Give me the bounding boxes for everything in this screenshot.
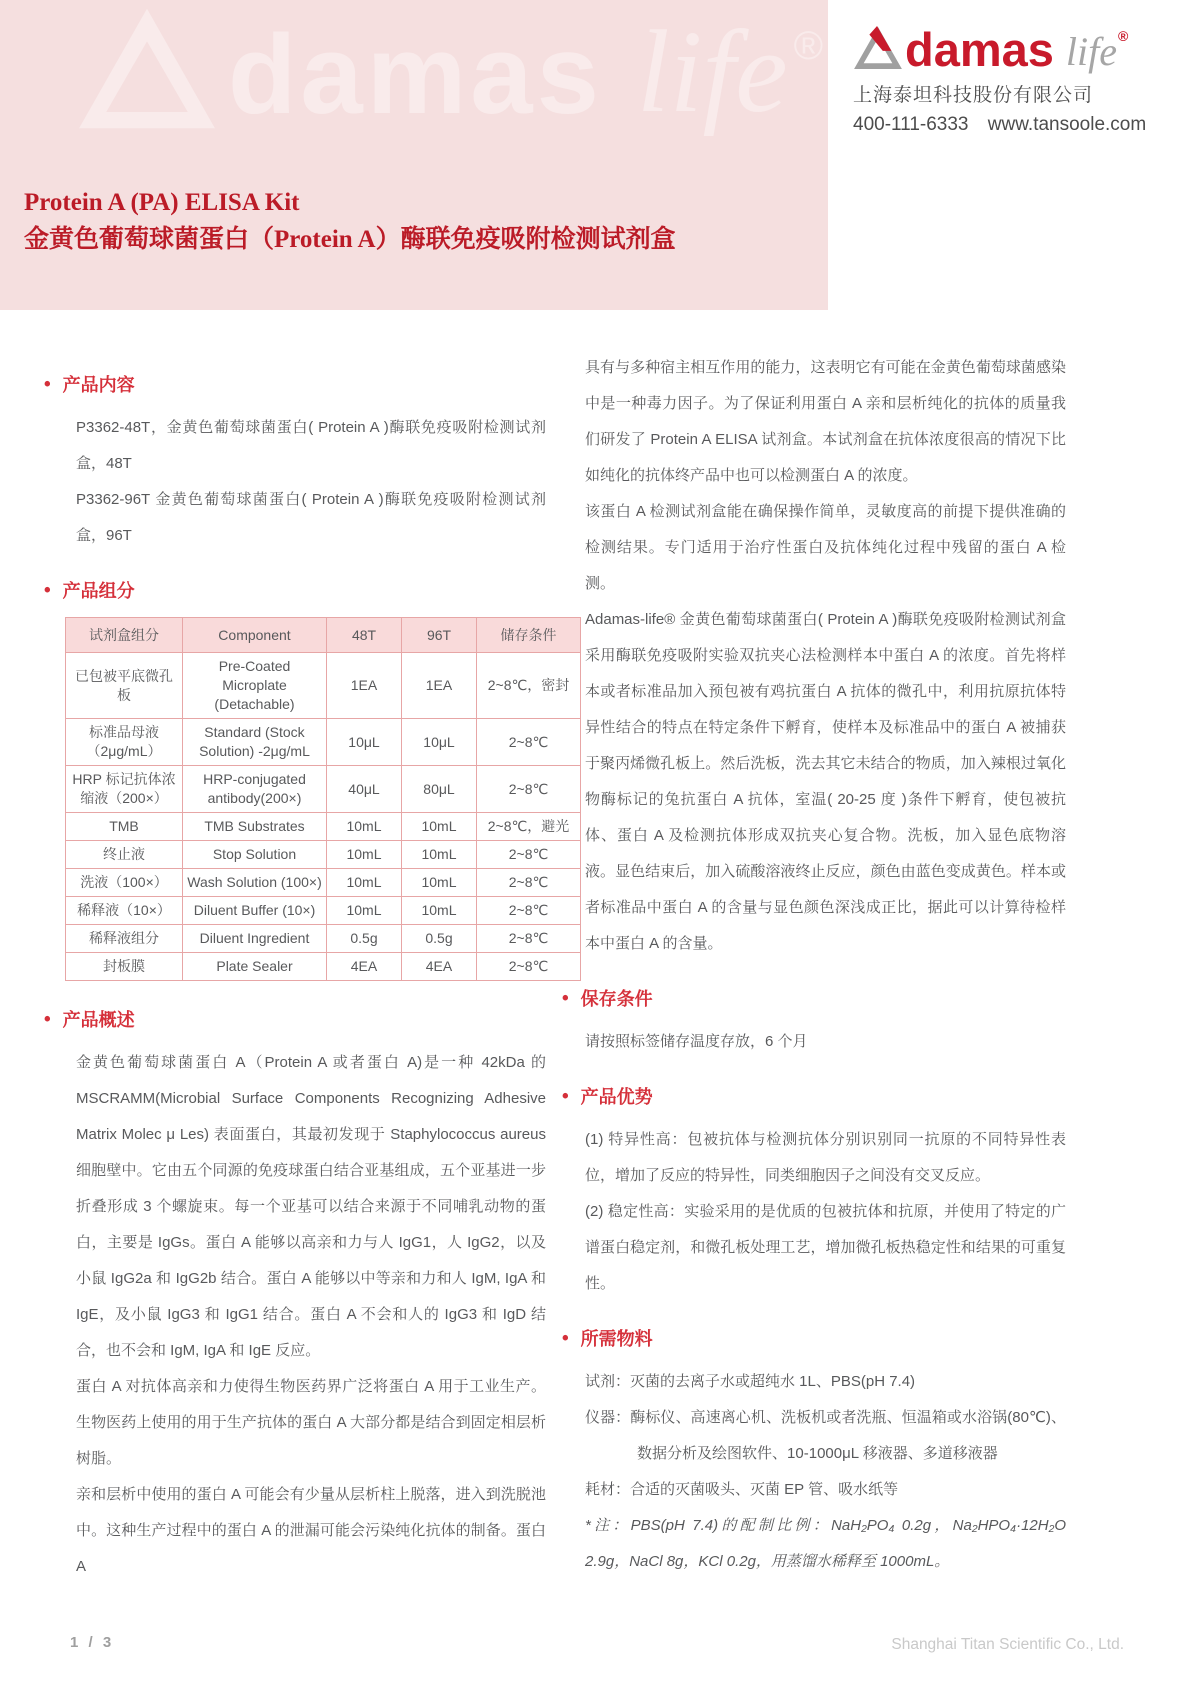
section-heading-advantages: • 产品优势 [558, 1084, 1066, 1110]
table-cell: Plate Sealer [183, 953, 327, 981]
company-logo: damas life ® 上海泰坦科技股份有限公司 400-111-6333 w… [853, 26, 1146, 136]
table-cell: 1EA [327, 653, 402, 719]
adamas-triangle-watermark-icon [52, 6, 242, 131]
paragraph: 该蛋白 A 检测试剂盒能在确保操作简单，灵敏度高的前提下提供准确的检测结果。专门… [585, 494, 1066, 602]
table-cell: Diluent Ingredient [183, 925, 327, 953]
table-header-cell: 试剂盒组分 [66, 618, 183, 653]
table-cell: Standard (Stock Solution) -2μg/mL [183, 719, 327, 766]
materials-block: 试剂：灭菌的去离子水或超纯水 1L、PBS(pH 7.4) 仪器：酶标仪、高速离… [558, 1364, 1066, 1580]
section-heading-product-components: • 产品组分 [40, 578, 546, 604]
company-name: 上海泰坦科技股份有限公司 [853, 80, 1146, 107]
footer-company-name: Shanghai Titan Scientific Co., Ltd. [891, 1636, 1124, 1654]
logo-life-text: life [1066, 34, 1117, 70]
paragraph: P3362-96T 金黄色葡萄球菌蛋白( Protein A )酶联免疫吸附检测… [76, 482, 546, 554]
table-cell: 稀释液（10×） [66, 897, 183, 925]
table-cell: 洗液（100×） [66, 869, 183, 897]
paragraph: 亲和层析中使用的蛋白 A 可能会有少量从层析柱上脱落，进入到洗脱池中。这种生产过… [76, 1477, 546, 1585]
right-column: 具有与多种宿主相互作用的能力，这表明它有可能在金黄色葡萄球菌感染中是一种毒力因子… [558, 350, 1066, 1580]
section-heading-storage: • 保存条件 [558, 986, 1066, 1012]
product-content-paragraphs: P3362-48T，金黄色葡萄球菌蛋白( Protein A )酶联免疫吸附检测… [40, 410, 546, 554]
table-cell: TMB Substrates [183, 813, 327, 841]
watermark-logo: damas life ® [52, 6, 823, 131]
table-cell: 10mL [402, 897, 477, 925]
product-title-cn: 金黄色葡萄球菌蛋白（Protein A）酶联免疫吸附检测试剂盒 [24, 221, 676, 258]
table-cell: 10mL [402, 869, 477, 897]
table-cell: 80μL [402, 766, 477, 813]
table-header-row: 试剂盒组分Component48T96T储存条件 [66, 618, 581, 653]
materials-instruments: 仪器：酶标仪、高速离心机、洗板机或者洗瓶、恒温箱或水浴锅(80℃)、数据分析及绘… [585, 1400, 1066, 1472]
section-heading-label: 所需物料 [581, 1326, 653, 1352]
table-row: 已包被平底微孔板Pre-Coated Microplate (Detachabl… [66, 653, 581, 719]
logo-row: damas life ® [853, 26, 1146, 70]
table-row: 稀释液组分Diluent Ingredient0.5g0.5g2~8℃ [66, 925, 581, 953]
pbs-preparation-note: *注：PBS(pH 7.4)的配制比例：NaH₂PO₄ 0.2g，Na₂HPO₄… [585, 1508, 1066, 1580]
paragraph: P3362-48T，金黄色葡萄球菌蛋白( Protein A )酶联免疫吸附检测… [76, 410, 546, 482]
phone-number: 400-111-6333 [853, 114, 969, 135]
table-row: 终止液Stop Solution10mL10mL2~8℃ [66, 841, 581, 869]
paragraph: 金黄色葡萄球菌蛋白 A（Protein A 或者蛋白 A)是一种 42kDa 的… [76, 1045, 546, 1369]
table-cell: 10mL [402, 813, 477, 841]
watermark-life-text: life [637, 13, 788, 131]
table-cell: 4EA [402, 953, 477, 981]
paragraph: (1) 特异性高：包被抗体与检测抗体分别识别同一抗原的不同特异性表位，增加了反应… [585, 1122, 1066, 1194]
table-header-cell: 48T [327, 618, 402, 653]
logo-damas-text: damas [905, 31, 1054, 70]
watermark-damas-text: damas [228, 19, 603, 131]
table-cell: HRP-conjugated antibody(200×) [183, 766, 327, 813]
table-cell: Diluent Buffer (10×) [183, 897, 327, 925]
adamas-triangle-icon [853, 26, 903, 70]
section-heading-label: 产品内容 [63, 372, 135, 398]
table-row: 洗液（100×）Wash Solution (100×)10mL10mL2~8℃ [66, 869, 581, 897]
table-cell: 已包被平底微孔板 [66, 653, 183, 719]
website-url: www.tansoole.com [988, 114, 1146, 135]
table-cell: 稀释液组分 [66, 925, 183, 953]
table-cell: HRP 标记抗体浓缩液（200×） [66, 766, 183, 813]
table-cell: 10mL [402, 841, 477, 869]
table-cell: 10μL [327, 719, 402, 766]
table-cell: 10mL [327, 897, 402, 925]
storage-text: 请按照标签储存温度存放，6 个月 [585, 1024, 1066, 1060]
table-cell: 0.5g [402, 925, 477, 953]
table-cell: Pre-Coated Microplate (Detachable) [183, 653, 327, 719]
section-heading-product-content: • 产品内容 [40, 372, 546, 398]
left-column: • 产品内容 P3362-48T，金黄色葡萄球菌蛋白( Protein A )酶… [40, 372, 546, 1585]
table-cell: 10mL [327, 813, 402, 841]
table-cell: 0.5g [327, 925, 402, 953]
table-header-cell: Component [183, 618, 327, 653]
watermark-registered-mark: ® [794, 24, 823, 69]
document-page: damas life ® Protein A (PA) ELISA Kit 金黄… [0, 0, 1190, 1683]
section-heading-label: 产品组分 [63, 578, 135, 604]
table-cell: 终止液 [66, 841, 183, 869]
table-row: TMBTMB Substrates10mL10mL2~8℃，避光 [66, 813, 581, 841]
bullet-icon: • [562, 986, 569, 1012]
table-cell: 10μL [402, 719, 477, 766]
product-title-en: Protein A (PA) ELISA Kit [24, 184, 676, 221]
product-overview-paragraphs: 金黄色葡萄球菌蛋白 A（Protein A 或者蛋白 A)是一种 42kDa 的… [40, 1045, 546, 1585]
table-cell: Stop Solution [183, 841, 327, 869]
table-row: HRP 标记抗体浓缩液（200×）HRP-conjugated antibody… [66, 766, 581, 813]
page-number: 1 / 3 [70, 1634, 114, 1651]
materials-reagents: 试剂：灭菌的去离子水或超纯水 1L、PBS(pH 7.4) [585, 1364, 1066, 1400]
paragraph: 具有与多种宿主相互作用的能力，这表明它有可能在金黄色葡萄球菌感染中是一种毒力因子… [585, 350, 1066, 494]
bullet-icon: • [44, 1007, 51, 1033]
materials-consumables: 耗材：合适的灭菌吸头、灭菌 EP 管、吸水纸等 [585, 1472, 1066, 1508]
bullet-icon: • [562, 1084, 569, 1110]
paragraph: 蛋白 A 对抗体高亲和力使得生物医药界广泛将蛋白 A 用于工业生产。 生物医药上… [76, 1369, 546, 1477]
bullet-icon: • [44, 578, 51, 604]
kit-components-table: 试剂盒组分Component48T96T储存条件已包被平底微孔板Pre-Coat… [65, 617, 581, 981]
table-cell: 封板膜 [66, 953, 183, 981]
table-cell: 标准品母液（2μg/mL） [66, 719, 183, 766]
section-heading-label: 保存条件 [581, 986, 653, 1012]
section-heading-label: 产品优势 [581, 1084, 653, 1110]
table-cell: TMB [66, 813, 183, 841]
title-block: Protein A (PA) ELISA Kit 金黄色葡萄球菌蛋白（Prote… [24, 184, 676, 258]
logo-registered-mark: ® [1118, 28, 1128, 44]
advantages-paragraphs: (1) 特异性高：包被抗体与检测抗体分别识别同一抗原的不同特异性表位，增加了反应… [558, 1122, 1066, 1302]
table-header-cell: 96T [402, 618, 477, 653]
table-cell: 10mL [327, 841, 402, 869]
table-row: 标准品母液（2μg/mL）Standard (Stock Solution) -… [66, 719, 581, 766]
header-banner: damas life ® [0, 0, 828, 310]
table-row: 封板膜Plate Sealer4EA4EA2~8℃ [66, 953, 581, 981]
bullet-icon: • [44, 372, 51, 398]
section-heading-product-overview: • 产品概述 [40, 1007, 546, 1033]
bullet-icon: • [562, 1326, 569, 1352]
section-heading-materials: • 所需物料 [558, 1326, 1066, 1352]
storage-text-block: 请按照标签储存温度存放，6 个月 [558, 1024, 1066, 1060]
section-heading-label: 产品概述 [63, 1007, 135, 1033]
paragraph: (2) 稳定性高：实验采用的是优质的包被抗体和抗原，并使用了特定的广谱蛋白稳定剂… [585, 1194, 1066, 1302]
table-cell: 4EA [327, 953, 402, 981]
paragraph: Adamas-life® 金黄色葡萄球菌蛋白( Protein A )酶联免疫吸… [585, 602, 1066, 962]
table-cell: Wash Solution (100×) [183, 869, 327, 897]
overview-continuation-paragraphs: 具有与多种宿主相互作用的能力，这表明它有可能在金黄色葡萄球菌感染中是一种毒力因子… [558, 350, 1066, 962]
table-row: 稀释液（10×）Diluent Buffer (10×)10mL10mL2~8℃ [66, 897, 581, 925]
contact-info: 400-111-6333 www.tansoole.com [853, 114, 1146, 136]
table-cell: 1EA [402, 653, 477, 719]
table-cell: 40μL [327, 766, 402, 813]
table-cell: 10mL [327, 869, 402, 897]
